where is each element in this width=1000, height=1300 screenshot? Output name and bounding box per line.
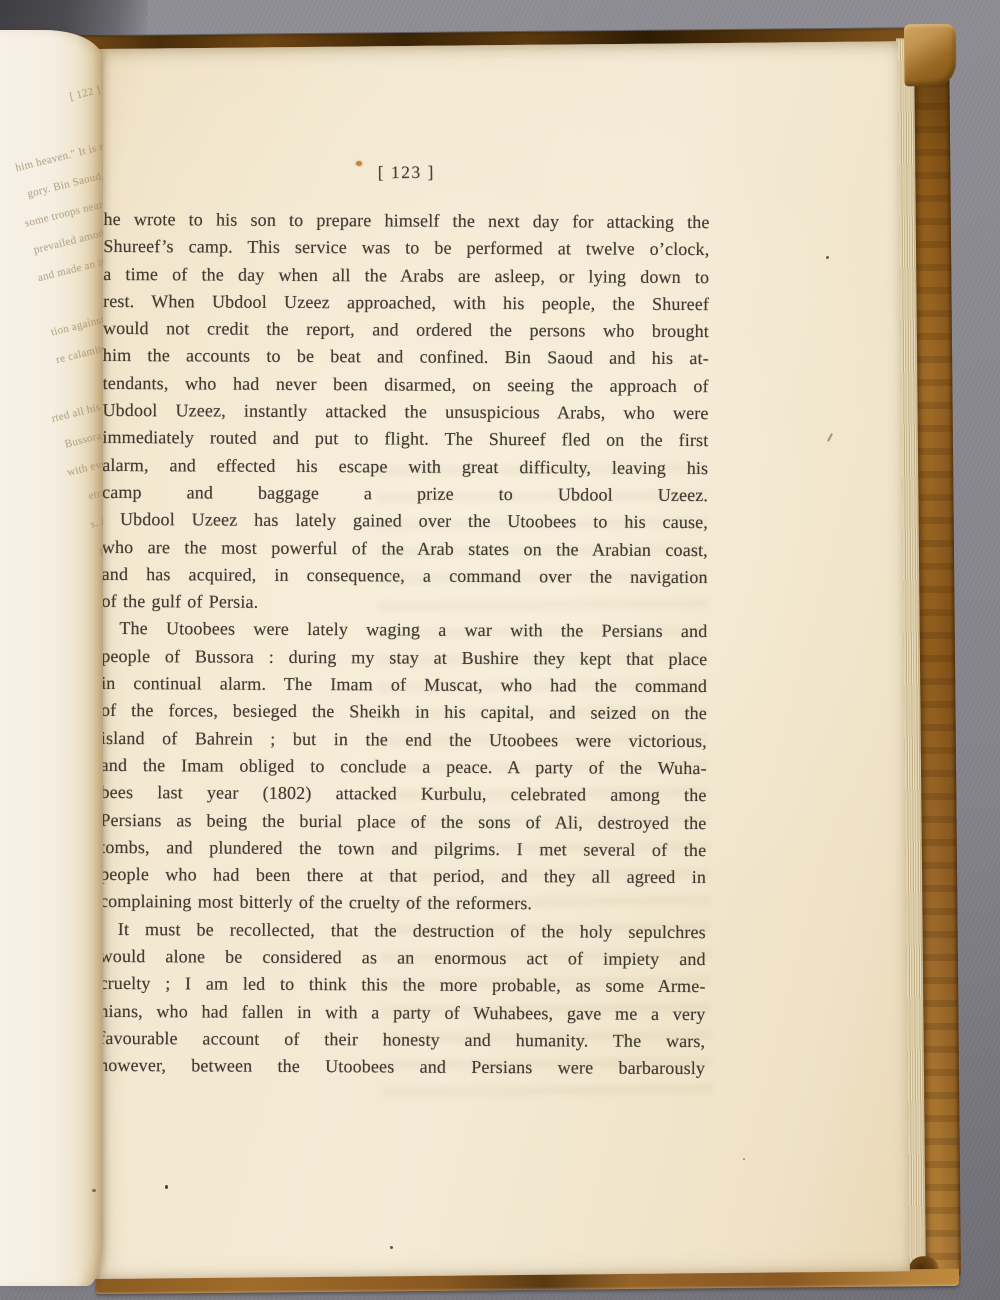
page-number-header: [ 123 ] [103,159,709,186]
text-line: It must be recollected, that the destruc… [100,916,706,946]
book-photograph: [ 123 ] he wrote to his son to prepare h… [0,0,1000,1300]
text-line: who are the most powerful of the Arab st… [102,534,708,564]
text-line: Shureef’s camp. This service was to be p… [103,233,709,263]
text-line: in continual alarm. The Imam of Muscat, … [101,670,707,700]
text-line: immediately routed and put to flight. Th… [102,424,708,454]
text-line: Ubdool Uzeez has lately gained over the … [102,506,708,536]
text-line: tendants, who had never been disarmed, o… [103,370,709,400]
paper-speck [165,1185,168,1189]
text-line: he wrote to his son to prepare himself t… [103,206,709,236]
text-line: The Utoobees were lately waging a war wi… [101,615,707,645]
text-line: cruelty ; I am led to think this the mor… [99,970,705,1000]
text-line: island of Bahrein ; but in the end the U… [101,725,707,755]
text-line: him the accounts to be beat and confined… [103,342,709,372]
text-line: tombs, and plundered the town and pilgri… [100,834,706,864]
text-line: would not credit the report, and ordered… [103,315,709,345]
text-line: people who had been there at that period… [100,861,706,891]
paper-speck [743,1158,745,1160]
text-line: people of Bussora : during my stay at Bu… [101,643,707,673]
text-line: of the forces, besieged the Sheikh in hi… [101,697,707,727]
text-column: he wrote to his son to prepare himself t… [99,206,710,1083]
text-line: bees last year (1802) attacked Kurbulu, … [100,779,706,809]
text-line: Persians as being the burial place of th… [100,806,706,836]
text-line: camp and baggage a prize to Ubdool Uzeez… [102,479,708,509]
text-line: and the Imam obliged to conclude a peace… [101,752,707,782]
previous-page-leaf: [ 122 ] him heaven." It is notgory. Bin … [0,30,103,1286]
text-line: complaining most bitterly of the cruelty… [100,888,706,918]
foxing-spot [356,161,362,166]
text-line: of the gulf of Persia. [101,588,707,618]
text-line: and has acquired, in consequence, a comm… [102,561,708,591]
text-line: rest. When Ubdool Uzeez approached, with… [103,288,709,318]
worn-corner-top-right [904,24,957,86]
text-line: favourable account of their honesty and … [99,1025,705,1055]
paper-speck [390,1246,393,1249]
paper-speck [826,256,829,259]
text-line: would alone be considered as an enormous… [100,943,706,973]
text-line: a time of the day when all the Arabs are… [103,261,709,291]
text-line: Ubdool Uzeez, instantly attacked the uns… [102,397,708,427]
text-line: however, between the Utoobees and Persia… [99,1052,705,1082]
paper-speck [92,1189,96,1192]
book-page: [ 123 ] he wrote to his son to prepare h… [72,41,910,1279]
previous-page-text: [ 122 ] him heaven." It is notgory. Bin … [0,76,103,1106]
book: [ 123 ] he wrote to his son to prepare h… [72,28,961,1294]
text-line: alarm, and effected his escape with grea… [102,452,708,482]
text-line: nians, who had fallen in with a party of… [99,998,705,1028]
